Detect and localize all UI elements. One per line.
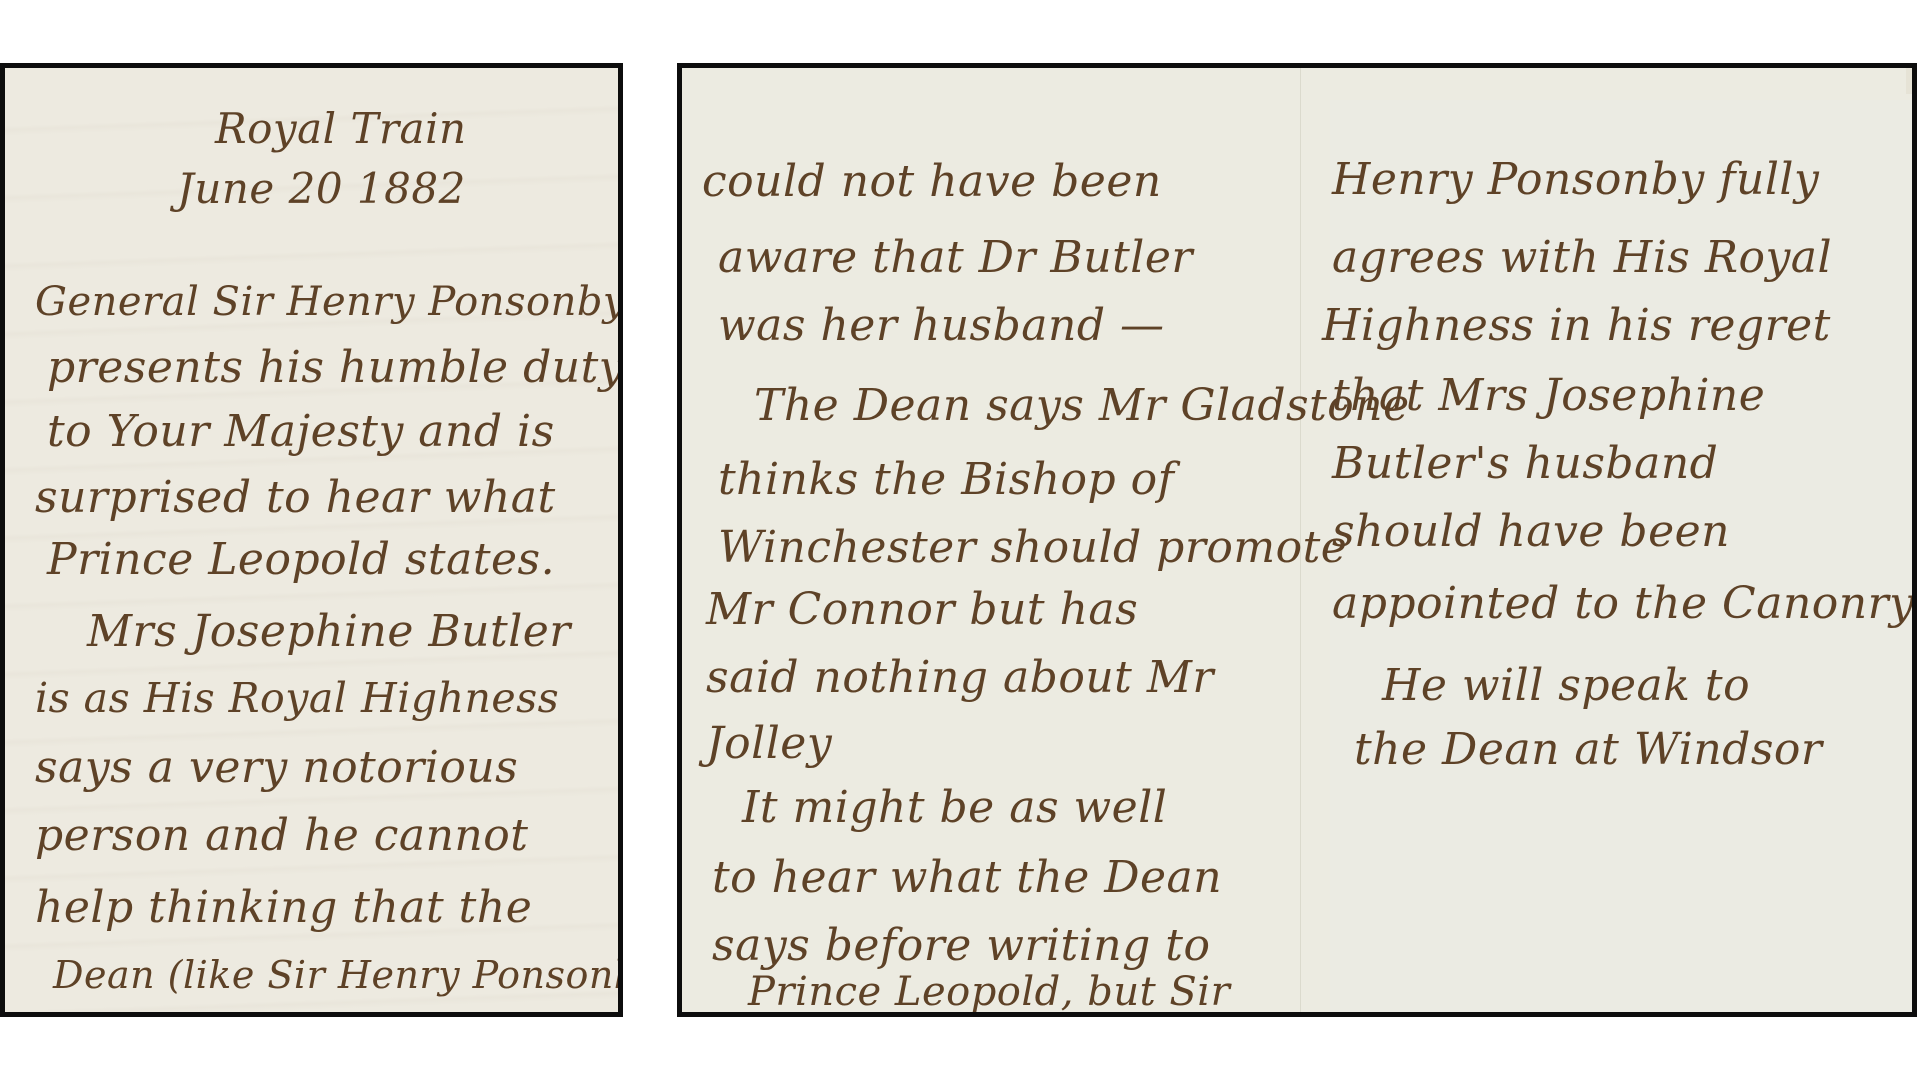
letter-line: the Dean at Windsor [1354, 728, 1822, 772]
letter-line: Prince Leopold, but Sir [748, 972, 1230, 1012]
letter-line: Dean (like Sir Henry Ponsonby) [53, 956, 623, 994]
letter-page-right: could not have been aware that Dr Butler… [677, 63, 1917, 1017]
letter-line: aware that Dr Butler [718, 236, 1193, 280]
letter-line: presents his humble duty [47, 346, 623, 390]
letter-line: was her husband — [718, 304, 1165, 348]
letter-line: surprised to hear what [35, 476, 556, 520]
letter-line: thinks the Bishop of [718, 458, 1174, 502]
letter-line: said nothing about Mr [706, 656, 1214, 700]
letter-line: says a very notorious [35, 746, 518, 790]
letter-line: Mr Connor but has [706, 588, 1138, 632]
letter-line: that Mrs Josephine [1332, 374, 1765, 418]
letter-line: agrees with His Royal [1332, 236, 1832, 280]
letter-line: Highness in his regret [1322, 304, 1831, 348]
letter-line: could not have been [702, 160, 1162, 204]
letter-page-left: Royal Train June 20 1882 General Sir Hen… [0, 63, 623, 1017]
letter-line: help thinking that the [35, 886, 532, 930]
letter-line: to Your Majesty and is [47, 410, 555, 454]
letter-line: Jolley [706, 722, 832, 766]
letter-line: should have been [1332, 510, 1730, 554]
letter-line: Prince Leopold states. [47, 538, 555, 582]
letter-line: He will speak to [1382, 664, 1750, 708]
letter-line: person and he cannot [35, 814, 528, 858]
letter-line: Mrs Josephine Butler [87, 610, 571, 654]
letter-line: It might be as well [742, 786, 1167, 830]
letter-place: Royal Train [215, 108, 467, 150]
letter-line: Henry Ponsonby fully [1332, 158, 1819, 202]
letter-line: is as His Royal Highness [35, 678, 559, 719]
letter-line: The Dean says Mr Gladstone [754, 384, 1410, 428]
letter-date: June 20 1882 [177, 168, 466, 210]
letter-line: Butler's husband [1332, 442, 1718, 486]
letter-line: Winchester should promote [718, 526, 1347, 570]
letter-line: General Sir Henry Ponsonby [35, 282, 623, 322]
letter-line: appointed to the Canonry [1332, 582, 1915, 626]
letter-line: to hear what the Dean [712, 856, 1222, 900]
page-edge [1906, 68, 1912, 94]
letter-line: says before writing to [712, 924, 1210, 968]
